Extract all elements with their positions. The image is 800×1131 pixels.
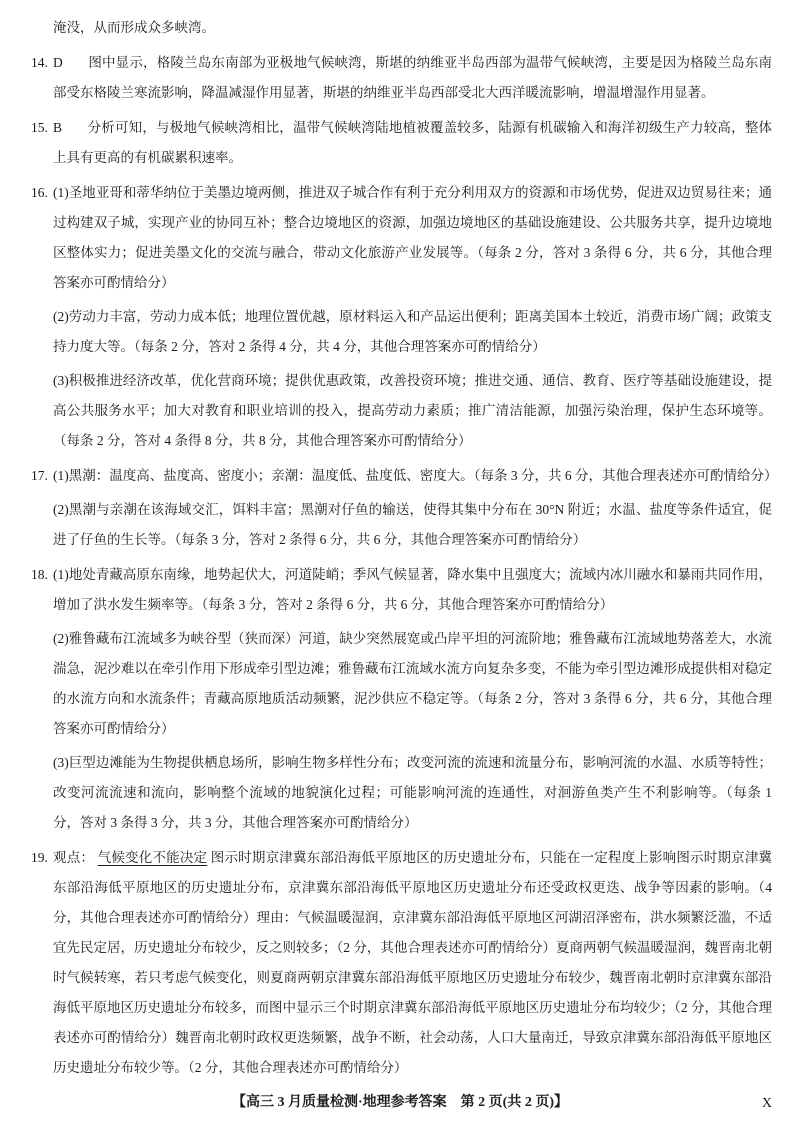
answer-item-16-part-1: 16. (1)圣地亚哥和蒂华纳位于美墨边境两侧，推进双子城合作有利于充分利用双方… — [53, 178, 772, 298]
answer-item-16-part-3: (3)积极推进经济改革，优化营商环境；提供优惠政策，改善投资环境；推进交通、通信… — [53, 366, 772, 456]
answer-item-14: 14. D 图中显示，格陵兰岛东南部为亚极地气候峡湾，斯堪的纳维亚半岛西部为温带… — [53, 48, 772, 108]
page-corner-mark: X — [762, 1094, 772, 1114]
option-letter: D — [53, 55, 63, 70]
page-footer: 【高三 3 月质量检测·地理参考答案 第 2 页(共 2 页)】 — [0, 1091, 800, 1115]
paragraph-text: 图中显示，格陵兰岛东南部为亚极地气候峡湾，斯堪的纳维亚半岛西部为温带气候峡湾，主… — [53, 55, 772, 100]
paragraph-text-prefix: 观点： — [53, 850, 94, 865]
paragraph-text: (1)圣地亚哥和蒂华纳位于美墨边境两侧，推进双子城合作有利于充分利用双方的资源和… — [53, 185, 772, 290]
question-number: 16. — [31, 178, 48, 208]
paragraph-text: (2)黑潮与亲潮在该海域交汇，饵料丰富；黑潮对仔鱼的输送，使得其集中分布在 30… — [53, 502, 772, 547]
paragraph-text: 淹没，从而形成众多峡湾。 — [53, 20, 215, 35]
answer-paragraph-continuation: 淹没，从而形成众多峡湾。 — [53, 13, 772, 43]
option-letter: B — [53, 120, 62, 135]
answer-item-15: 15. B 分析可知，与极地气候峡湾相比，温带气候峡湾陆地植被覆盖较多，陆源有机… — [53, 113, 772, 173]
answer-item-18-part-1: 18. (1)地处青藏高原东南缘，地势起伏大，河道陡峭；季风气候显著，降水集中且… — [53, 560, 772, 620]
paragraph-text: (2)劳动力丰富，劳动力成本低；地理位置优越，原材料运入和产品运出便利；距离美国… — [53, 309, 772, 354]
paragraph-text: (3)巨型边滩能为生物提供栖息场所，影响生物多样性分布；改变河流的流速和流量分布… — [53, 755, 772, 830]
answer-item-16-part-2: (2)劳动力丰富，劳动力成本低；地理位置优越，原材料运入和产品运出便利；距离美国… — [53, 302, 772, 362]
question-number: 15. — [31, 113, 48, 143]
paragraph-text: (2)雅鲁藏布江流域多为峡谷型（狭而深）河道，缺少突然展宽或凸岸平坦的河流阶地；… — [53, 631, 772, 736]
underline-emphasis: 气候变化不能决定 — [98, 850, 208, 865]
question-number: 14. — [31, 48, 48, 78]
paragraph-text: (1)黑潮：温度高、盐度高、密度小；亲潮：温度低、盐度低、密度大。（每条 3 分… — [53, 468, 778, 483]
answer-item-18-part-3: (3)巨型边滩能为生物提供栖息场所，影响生物多样性分布；改变河流的流速和流量分布… — [53, 748, 772, 838]
answer-item-19: 19. 观点： 气候变化不能决定 图示时期京津冀东部沿海低平原地区的历史遗址分布… — [53, 843, 772, 1083]
question-number: 19. — [31, 843, 48, 873]
answer-item-17-part-2: (2)黑潮与亲潮在该海域交汇，饵料丰富；黑潮对仔鱼的输送，使得其集中分布在 30… — [53, 495, 772, 555]
paragraph-text: (1)地处青藏高原东南缘，地势起伏大，河道陡峭；季风气候显著，降水集中且强度大；… — [53, 567, 772, 612]
answer-key-page: 淹没，从而形成众多峡湾。 14. D 图中显示，格陵兰岛东南部为亚极地气候峡湾，… — [0, 0, 800, 1131]
paragraph-text: 分析可知，与极地气候峡湾相比，温带气候峡湾陆地植被覆盖较多，陆源有机碳输入和海洋… — [53, 120, 772, 165]
answer-item-18-part-2: (2)雅鲁藏布江流域多为峡谷型（狭而深）河道，缺少突然展宽或凸岸平坦的河流阶地；… — [53, 624, 772, 744]
question-number: 18. — [31, 560, 48, 590]
page-footer-title: 【高三 3 月质量检测·地理参考答案 第 2 页(共 2 页)】 — [232, 1095, 568, 1110]
answer-item-17-part-1: 17. (1)黑潮：温度高、盐度高、密度小；亲潮：温度低、盐度低、密度大。（每条… — [53, 461, 772, 491]
question-number: 17. — [31, 461, 48, 491]
paragraph-text: (3)积极推进经济改革，优化营商环境；提供优惠政策，改善投资环境；推进交通、通信… — [53, 373, 772, 448]
paragraph-text: 图示时期京津冀东部沿海低平原地区的历史遗址分布，只能在一定程度上影响图示时期京津… — [53, 850, 772, 1075]
answers-content: 淹没，从而形成众多峡湾。 14. D 图中显示，格陵兰岛东南部为亚极地气候峡湾，… — [0, 13, 800, 1083]
